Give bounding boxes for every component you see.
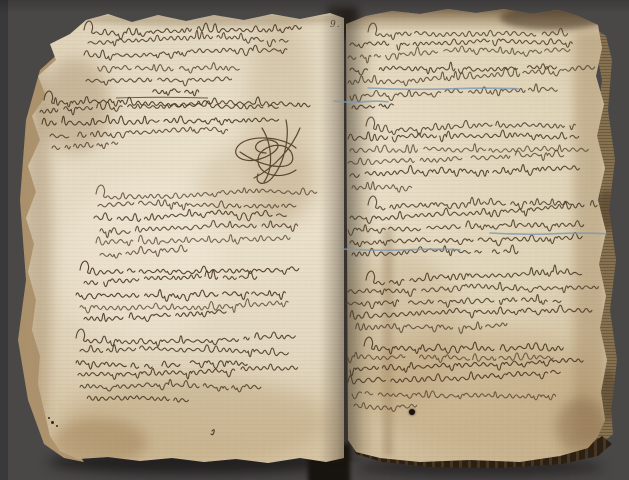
bright-patch (60, 180, 220, 350)
ink-speck (48, 417, 50, 419)
binding-gutter-shadow (320, 10, 364, 462)
worm-hole (409, 409, 415, 415)
ink-speck (51, 421, 54, 424)
stain (40, 58, 110, 153)
manuscript-photograph: 9. (0, 0, 629, 480)
page-number: 9. (330, 20, 341, 30)
top-vignette (0, 0, 629, 14)
stain (80, 12, 340, 26)
stain (200, 140, 320, 225)
background-left-strip (0, 0, 8, 480)
ink-speck (56, 425, 58, 427)
